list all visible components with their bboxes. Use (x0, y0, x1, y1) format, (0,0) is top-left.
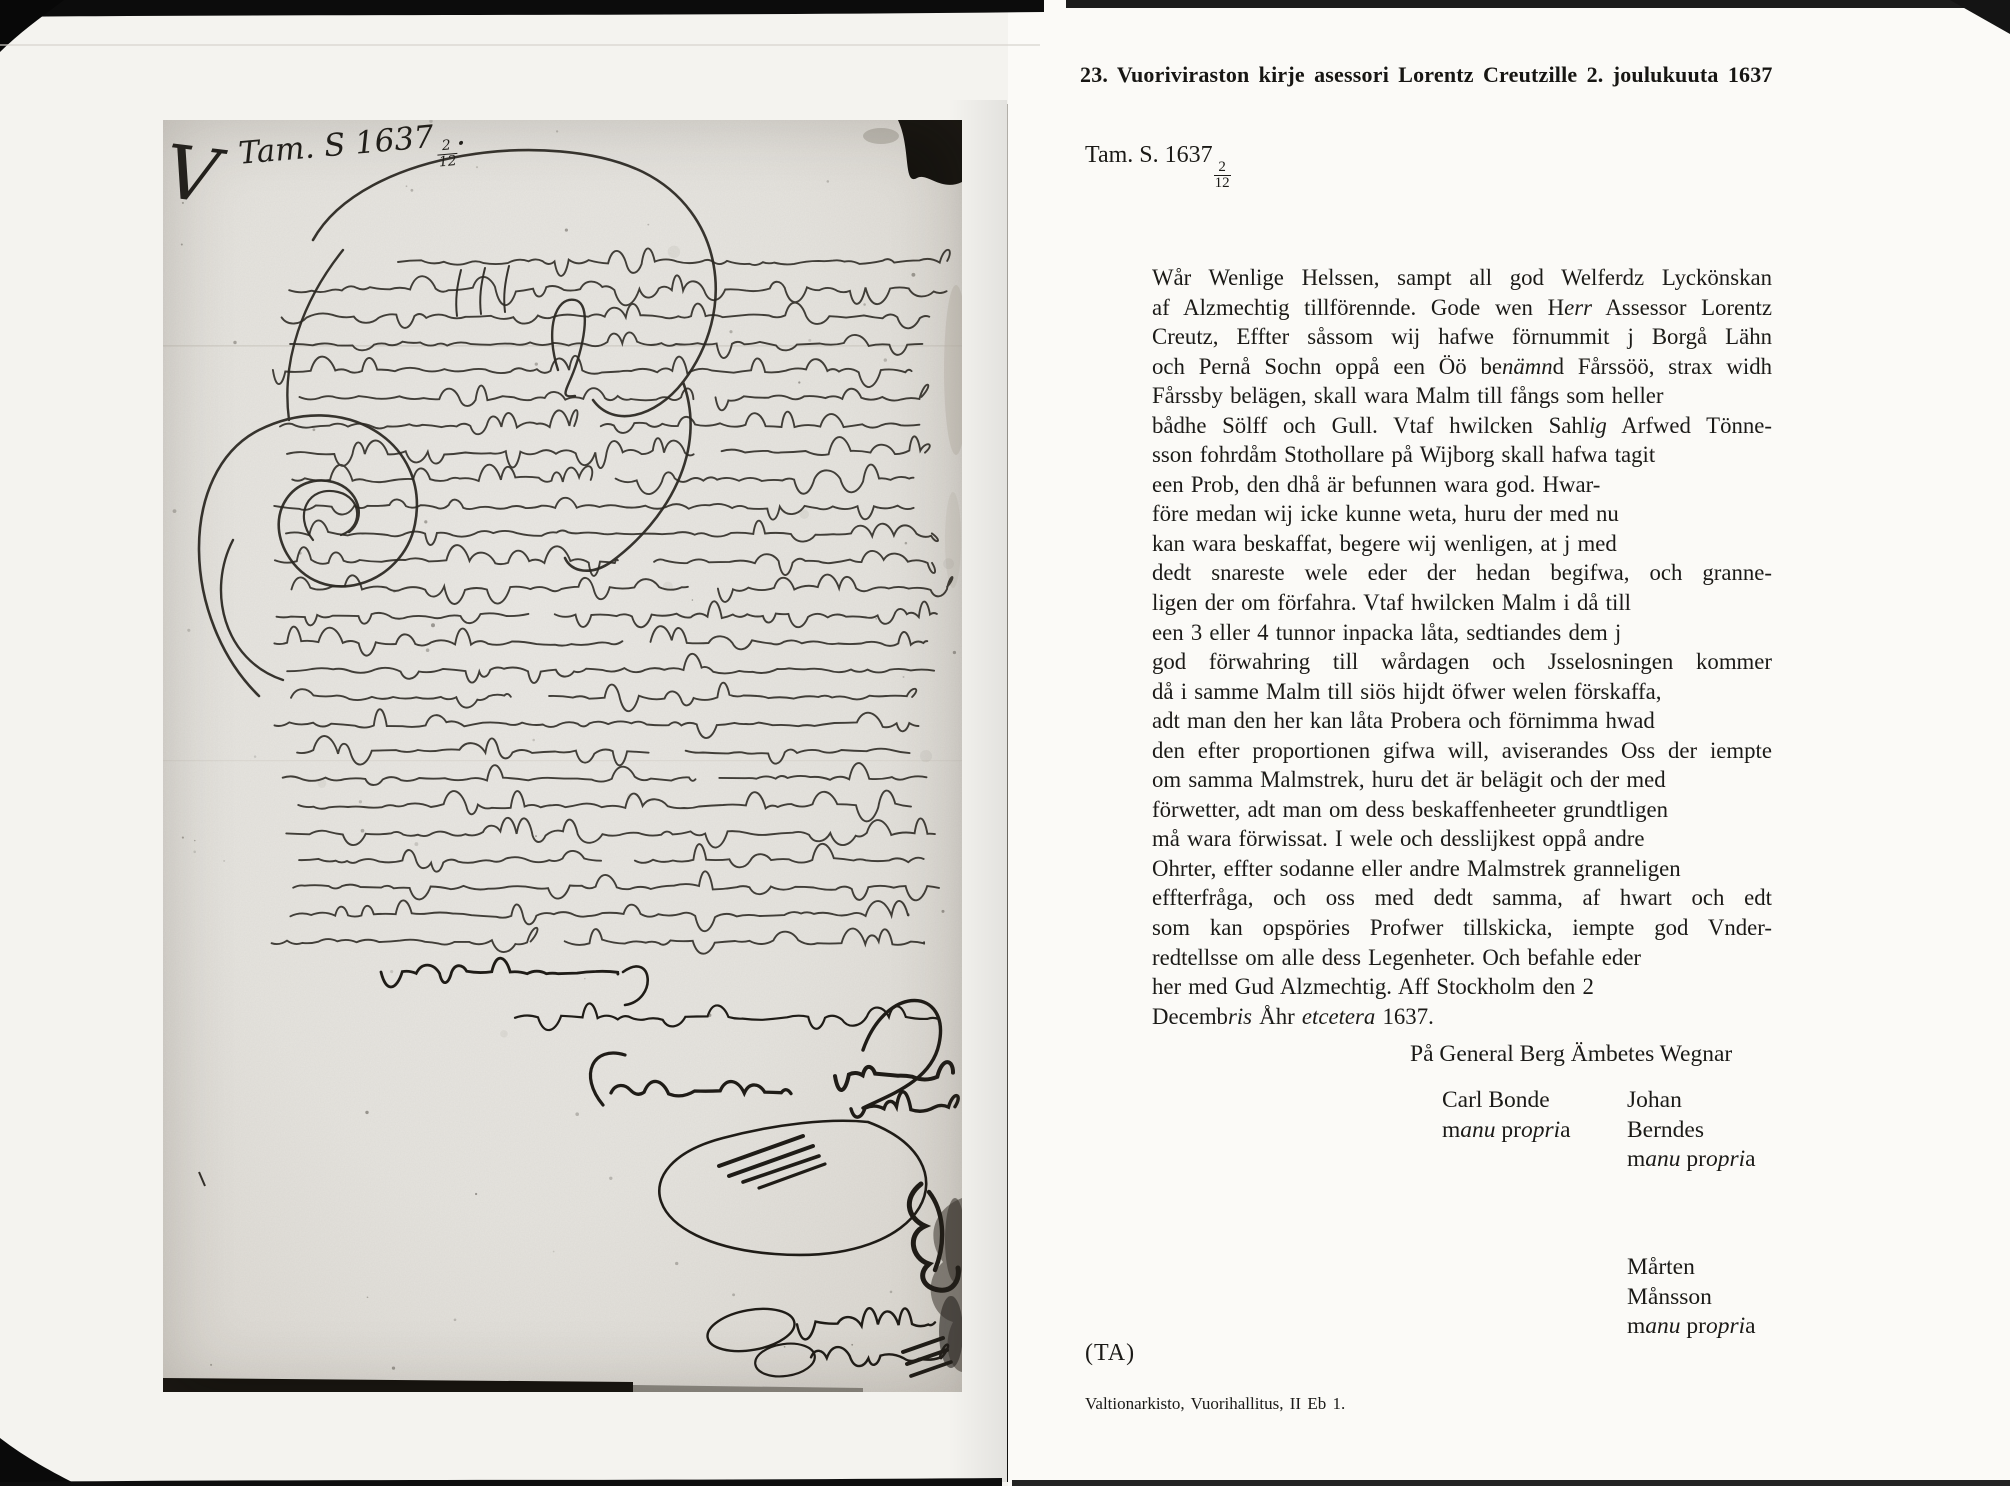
dust-speck (729, 330, 732, 333)
dust-speck (532, 739, 535, 742)
dust-speck (431, 623, 435, 627)
dust-speck (392, 1366, 395, 1369)
dust-speck (808, 339, 811, 342)
letter-body-line: god förwahring till wårdagen och Jsselos… (1152, 647, 1772, 677)
manuscript-photo: V Tam. S 1637212. (163, 120, 962, 1392)
dust-speck (575, 1112, 579, 1116)
dust-speck (732, 1293, 735, 1296)
archive-reference: Tam. S. 1637212 (1085, 142, 1231, 192)
letter-body-line: Wår Wenlige Helssen, sampt all god Welfe… (1152, 263, 1772, 293)
letter-body-line: effterfråga, och oss med dedt samma, af … (1152, 883, 1772, 913)
letter-body-line: som kan opspöries Profwer tillskicka, ie… (1152, 913, 1772, 943)
dust-speck (223, 860, 224, 861)
dust-speck (367, 1296, 369, 1298)
archive-reference-text: Tam. S. 1637 (1085, 142, 1213, 168)
signature-line: Månsson (1627, 1283, 1756, 1313)
dust-speck (361, 829, 365, 833)
dust-speck (210, 1364, 212, 1366)
paper-blotch (800, 509, 810, 519)
dust-speck (784, 1346, 786, 1348)
letter-body-line: kan wara beskaffat, begere wij wenligen,… (1152, 529, 1772, 559)
document-heading: 23. Vuoriviraston kirje asessori Lorentz… (1080, 62, 1773, 88)
ta-note: (TA) (1085, 1340, 1135, 1367)
dust-speck (365, 1111, 368, 1114)
dust-speck (475, 1193, 477, 1195)
dust-speck (313, 428, 316, 431)
signature-line: Carl Bonde (1442, 1086, 1571, 1116)
dust-speck (411, 189, 414, 192)
dust-speck (884, 358, 887, 361)
letter-body-line: Fårssby belägen, skall wara Malm till få… (1152, 381, 1772, 411)
dust-speck (535, 362, 538, 365)
dust-speck (875, 618, 877, 620)
dust-speck (193, 851, 196, 854)
letter-body: Wår Wenlige Helssen, sampt all god Welfe… (1152, 263, 1772, 1031)
letter-body-line: bådhe Sölff och Gull. Vtaf hwilcken Sahl… (1152, 411, 1772, 441)
dust-speck (675, 1262, 678, 1265)
dust-speck (173, 509, 177, 513)
dust-speck (905, 542, 908, 545)
signature-line: Johan (1627, 1086, 1756, 1116)
dust-speck (647, 224, 649, 226)
signature-line: manu propria (1442, 1116, 1571, 1146)
archive-source: Valtionarkisto, Vuorihallitus, II Eb 1. (1085, 1394, 1345, 1414)
dust-speck (194, 840, 195, 841)
photo-grain (163, 120, 962, 1392)
dust-speck (182, 837, 184, 839)
paper-blotch (317, 779, 326, 788)
letter-body-line: och Pernå Sochn oppå een Öö benämnd Fårs… (1152, 352, 1772, 382)
dust-speck (187, 629, 190, 632)
letter-body-line: redtellsse om alle dess Legenheter. Och … (1152, 943, 1772, 973)
dust-speck (708, 1013, 712, 1017)
letter-body-line: sson fohrdåm Stothollare på Wijborg skal… (1152, 440, 1772, 470)
signature-marten-mansson: MårtenMånssonmanu propria (1627, 1253, 1756, 1342)
dust-speck (584, 978, 586, 980)
paper-fold-line (163, 345, 962, 347)
signature-line: manu propria (1627, 1145, 1756, 1175)
dust-speck (890, 1291, 893, 1294)
dust-speck (827, 180, 830, 183)
dust-speck (565, 229, 568, 232)
paper-blotch (627, 793, 633, 799)
letter-body-line: Creutz, Effter såssom wij hafwe förnummi… (1152, 322, 1772, 352)
check-mark: V (161, 135, 223, 215)
dust-speck (609, 1177, 612, 1180)
paper-fold-line (163, 760, 962, 761)
letter-body-line: adt man den her kan låta Probera och för… (1152, 706, 1772, 736)
dust-speck (863, 303, 866, 306)
letter-body-line: Decembris Åhr etcetera 1637. (1152, 1002, 1772, 1032)
dust-speck (556, 130, 558, 132)
gutter-shadow (948, 100, 1007, 1482)
signature-line: manu propria (1627, 1312, 1756, 1342)
dust-speck (911, 273, 915, 277)
dust-speck (359, 800, 362, 803)
letter-body-line: den efter proportionen gifwa will, avise… (1152, 736, 1772, 766)
letter-body-line: förwetter, adt man om dess beskaffenheet… (1152, 795, 1772, 825)
letter-body-line: må wara förwissat. I wele och desslijkes… (1152, 824, 1772, 854)
letter-body-line: Ohrter, effter sodanne eller andre Malms… (1152, 854, 1772, 884)
signature-line: Mårten (1627, 1253, 1756, 1283)
paper-blotch (920, 750, 932, 762)
signature-line: Berndes (1627, 1116, 1756, 1146)
dust-speck (406, 185, 408, 187)
dust-speck (798, 381, 800, 383)
dust-speck (390, 970, 393, 973)
manuscript-handwriting (163, 120, 962, 1392)
dust-speck (692, 599, 694, 601)
dust-speck (535, 835, 537, 837)
paper-blotch (500, 1030, 508, 1038)
annotation-fraction: 212 (436, 138, 458, 170)
letter-body-line: af Alzmechtig tillförennde. Gode wen Her… (1152, 293, 1772, 323)
dust-speck (299, 552, 302, 555)
letter-body-line: dedt snareste wele eder der hedan begifw… (1152, 558, 1772, 588)
letter-body-line: då i samme Malm till siös hijdt öfwer we… (1152, 677, 1772, 707)
closing-line: På General Berg Ämbetes Wegnar (1410, 1041, 1732, 1068)
dust-speck (254, 755, 257, 758)
dust-speck (393, 590, 396, 593)
paper-blotch (663, 582, 673, 592)
dust-speck (941, 910, 944, 913)
dust-speck (903, 676, 905, 678)
dust-speck (424, 520, 427, 523)
dust-speck (860, 1364, 863, 1367)
signature-johan-berndes: JohanBerndesmanu propria (1627, 1086, 1756, 1175)
letter-body-line: her med Gud Alzmechtig. Aff Stockholm de… (1152, 972, 1772, 1002)
dust-speck (426, 648, 430, 652)
letter-body-line: een 3 eller 4 tunnor inpacka låta, sedti… (1152, 618, 1772, 648)
letter-body-line: ligen der om förfahra. Vtaf hwilcken Mal… (1152, 588, 1772, 618)
left-page: V Tam. S 1637212. (0, 0, 1008, 1486)
dust-speck (476, 166, 478, 168)
dust-speck (414, 842, 418, 846)
signature-carl-bonde: Carl Bondemanu propria (1442, 1086, 1571, 1145)
dust-speck (454, 1318, 457, 1321)
book-spread: V Tam. S 1637212. 23. Vuoriviraston kirj… (0, 0, 2010, 1486)
paper-blotch (668, 246, 680, 258)
archive-reference-fraction: 212 (1214, 160, 1231, 192)
letter-body-line: om samma Malmstrek, huru det är belägit … (1152, 765, 1772, 795)
letter-body-line: före medan wij icke kunne weta, huru der… (1152, 499, 1772, 529)
dust-speck (851, 1344, 853, 1346)
dust-speck (233, 341, 236, 344)
letter-body-line: een Prob, den dhå är befunnen wara god. … (1152, 470, 1772, 500)
dust-speck (553, 1251, 555, 1253)
dust-speck (181, 243, 183, 245)
